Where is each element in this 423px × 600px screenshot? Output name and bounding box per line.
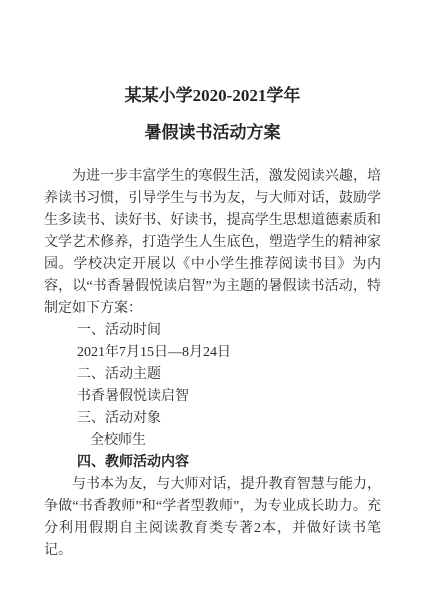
section-heading-activity-theme: 二、活动主题 (44, 364, 381, 386)
intro-paragraph: 为进一步丰富学生的寒假生活，激发阅读兴趣，培养读书习惯，引导学生与书为友，与大师… (44, 166, 381, 320)
section-content-teacher-activity: 与书本为友，与大师对话，提升教育智慧与能力，争做“书香教师”和“学者型教师”，为… (44, 474, 381, 562)
section-heading-teacher-activity: 四、教师活动内容 (44, 452, 381, 474)
document-page: 某某小学2020-2021学年 暑假读书活动方案 为进一步丰富学生的寒假生活，激… (0, 0, 423, 600)
section-heading-activity-time: 一、活动时间 (44, 320, 381, 342)
document-title-line-2: 暑假读书活动方案 (44, 123, 381, 143)
section-content-activity-target: 全校师生 (44, 430, 381, 452)
section-content-activity-time: 2021年7月15日—8月24日 (44, 342, 381, 364)
section-heading-activity-target: 三、活动对象 (44, 408, 381, 430)
document-title-line-1: 某某小学2020-2021学年 (44, 86, 381, 106)
document-content: 某某小学2020-2021学年 暑假读书活动方案 为进一步丰富学生的寒假生活，激… (44, 86, 381, 562)
section-content-activity-theme: 书香暑假悦读启智 (44, 386, 381, 408)
